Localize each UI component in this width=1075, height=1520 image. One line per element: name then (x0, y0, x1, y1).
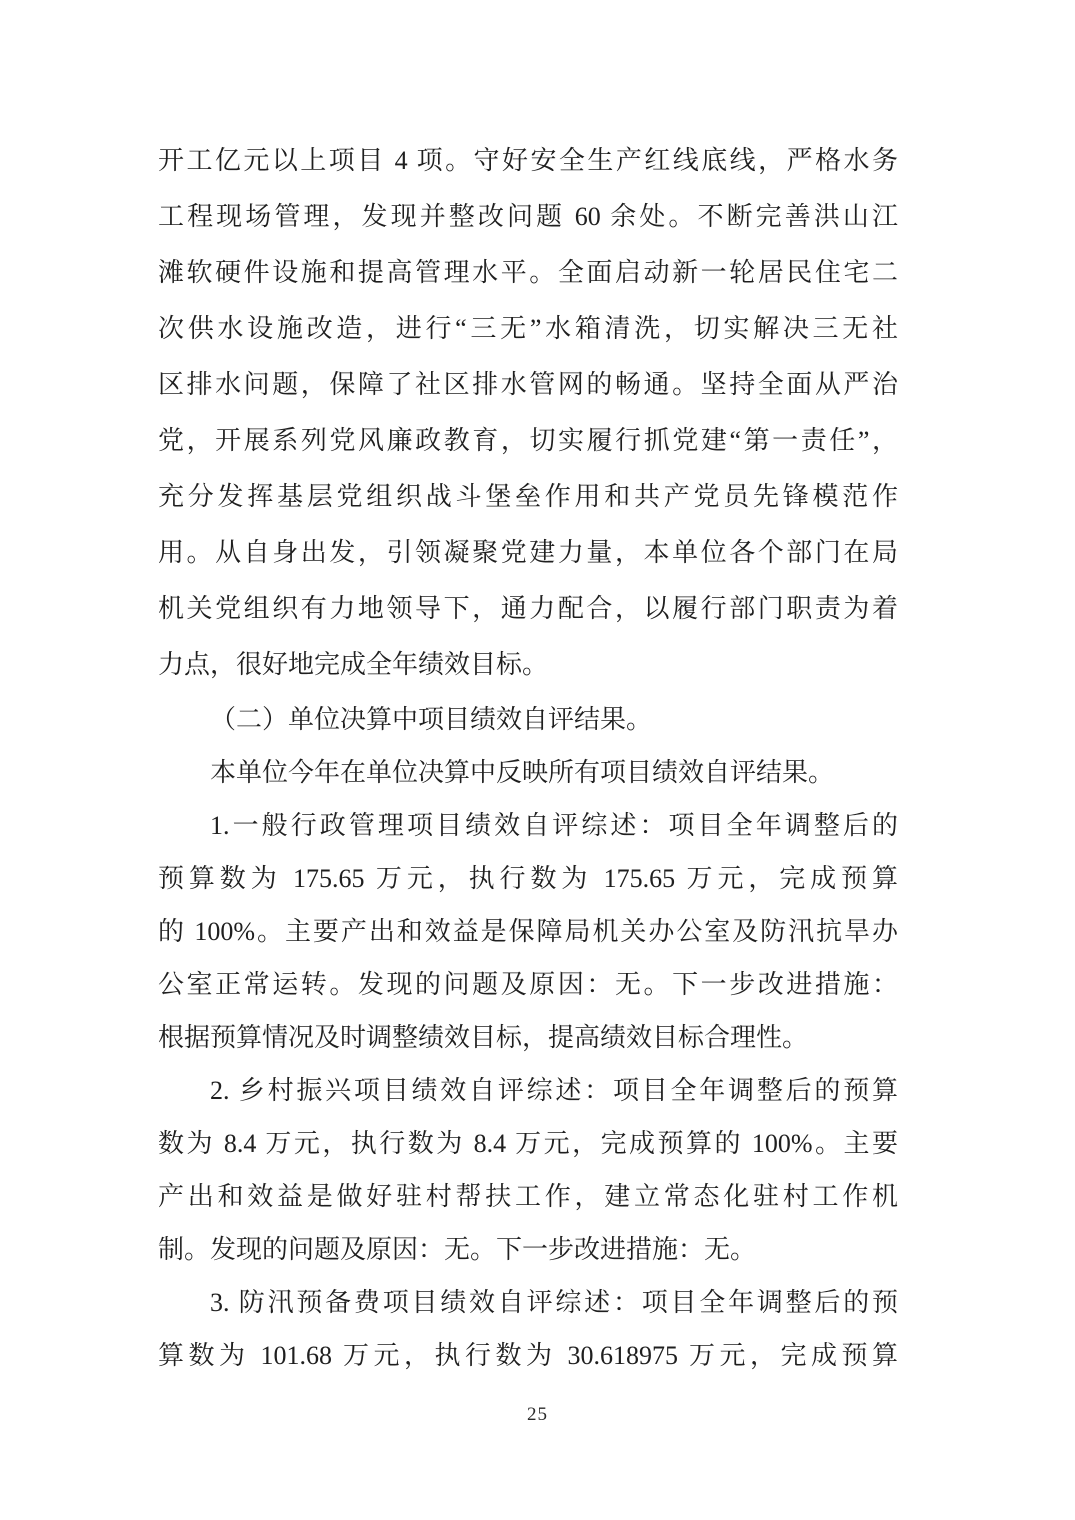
text-line: 的 100%。主要产出和效益是保障局机关办公室及防汛抗旱办 (158, 905, 898, 958)
text-line: 工程现场管理，发现并整改问题 60 余处。不断完善洪山江 (158, 189, 898, 245)
text-line: 1.一般行政管理项目绩效自评综述：项目全年调整后的 (158, 799, 898, 852)
text-line: 2. 乡村振兴项目绩效自评综述：项目全年调整后的预算 (158, 1064, 898, 1117)
text-line: 机关党组织有力地领导下，通力配合，以履行部门职责为着 (158, 581, 898, 637)
text-line: 充分发挥基层党组织战斗堡垒作用和共产党员先锋模范作 (158, 469, 898, 525)
text-line: 用。从自身出发，引领凝聚党建力量，本单位各个部门在局 (158, 525, 898, 581)
text-line: 本单位今年在单位决算中反映所有项目绩效自评结果。 (158, 746, 898, 799)
text-line: （二）单位决算中项目绩效自评结果。 (158, 693, 898, 746)
text-line: 根据预算情况及时调整绩效目标，提高绩效目标合理性。 (158, 1011, 898, 1064)
text-line: 产出和效益是做好驻村帮扶工作，建立常态化驻村工作机 (158, 1170, 898, 1223)
text-line: 滩软硬件设施和提高管理水平。全面启动新一轮居民住宅二 (158, 245, 898, 301)
text-line: 公室正常运转。发现的问题及原因：无。下一步改进措施： (158, 958, 898, 1011)
text-line: 预算数为 175.65 万元，执行数为 175.65 万元，完成预算 (158, 852, 898, 905)
text-line: 次供水设施改造，进行“三无”水箱清洗，切实解决三无社 (158, 301, 898, 357)
document-page: 开工亿元以上项目 4 项。守好安全生产红线底线，严格水务工程现场管理，发现并整改… (0, 0, 1075, 1520)
text-line: 3. 防汛预备费项目绩效自评综述：项目全年调整后的预 (158, 1276, 898, 1329)
text-line: 制。发现的问题及原因：无。下一步改进措施：无。 (158, 1223, 898, 1276)
text-line: 力点，很好地完成全年绩效目标。 (158, 637, 898, 693)
text-line: 开工亿元以上项目 4 项。守好安全生产红线底线，严格水务 (158, 133, 898, 189)
page-number: 25 (527, 1404, 548, 1425)
text-line: 数为 8.4 万元，执行数为 8.4 万元，完成预算的 100%。主要 (158, 1117, 898, 1170)
document-body: 开工亿元以上项目 4 项。守好安全生产红线底线，严格水务工程现场管理，发现并整改… (158, 133, 898, 1382)
text-line: 区排水问题，保障了社区排水管网的畅通。坚持全面从严治 (158, 357, 898, 413)
text-line: 算数为 101.68 万元，执行数为 30.618975 万元，完成预算 (158, 1329, 898, 1382)
text-line: 党，开展系列党风廉政教育，切实履行抓党建“第一责任”， (158, 413, 898, 469)
page-footer: 25 (0, 1404, 1075, 1426)
